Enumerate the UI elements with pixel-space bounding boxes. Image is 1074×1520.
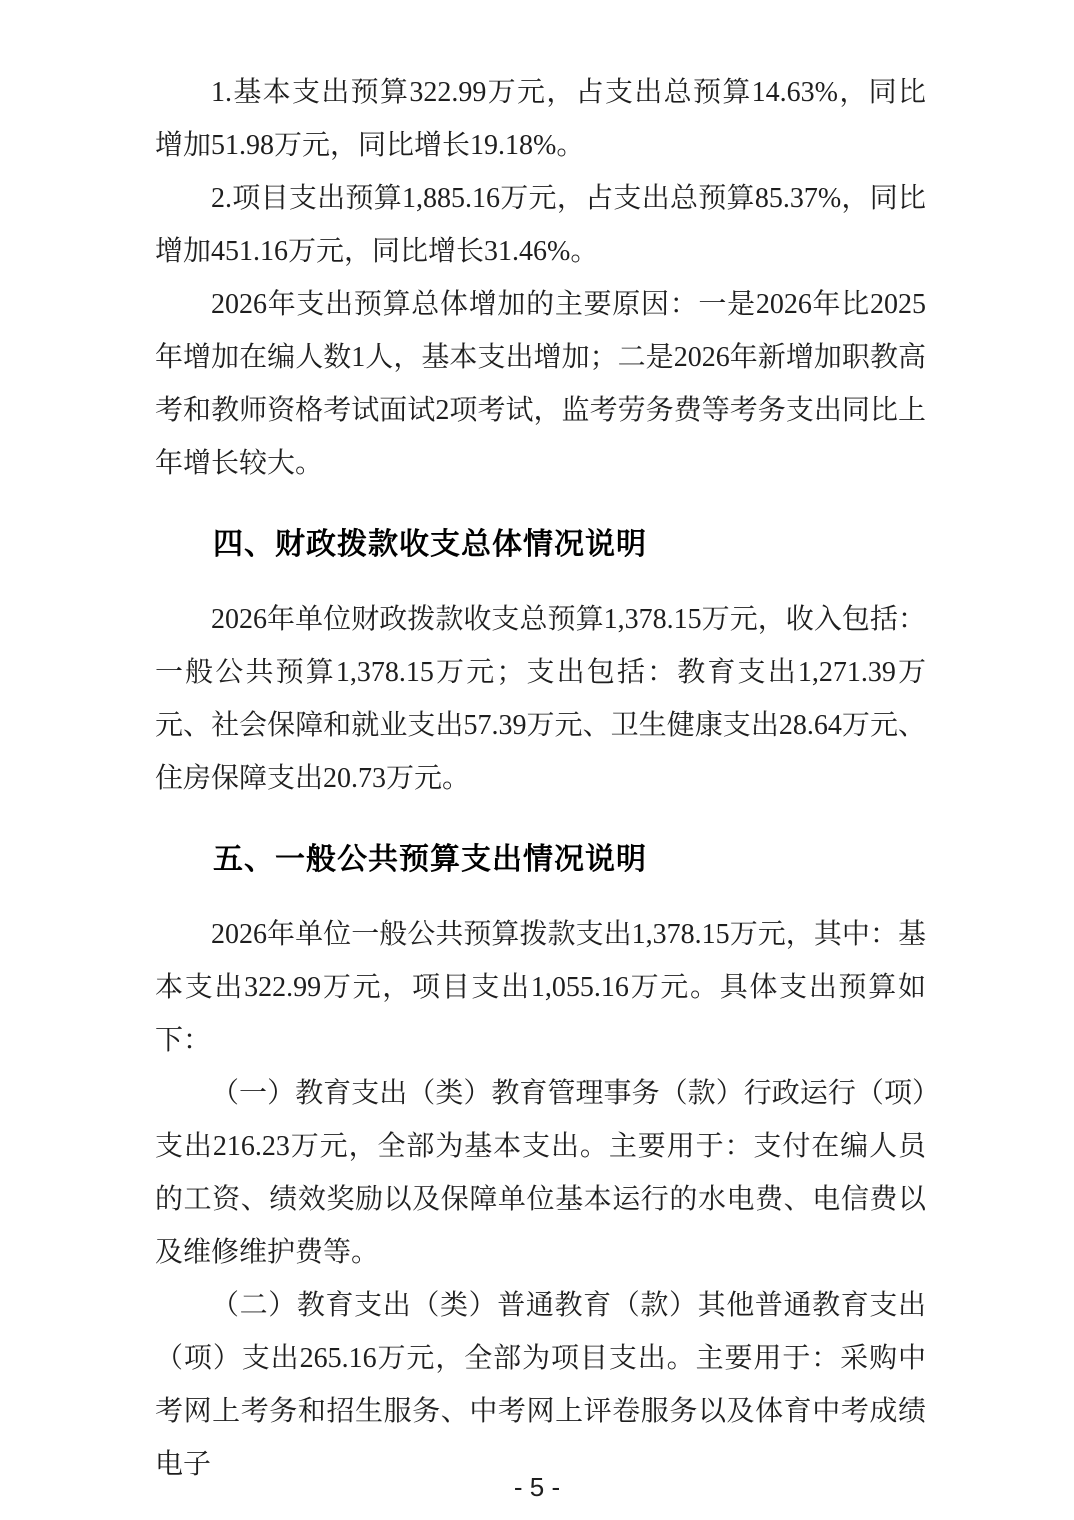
- document-body: 1.基本支出预算322.99万元，占支出总预算14.63%，同比增加51.98万…: [155, 66, 926, 1491]
- paragraph-increase-reasons: 2026年支出预算总体增加的主要原因：一是2026年比2025年增加在编人数1人…: [155, 278, 926, 490]
- paragraph-project-expenditure: 2.项目支出预算1,885.16万元，占支出总预算85.37%，同比增加451.…: [155, 172, 926, 278]
- paragraph-item-2-other-general-education: （二）教育支出（类）普通教育（款）其他普通教育支出（项）支出265.16万元，全…: [155, 1279, 926, 1491]
- section-heading-general-public-budget: 五、一般公共预算支出情况说明: [155, 833, 926, 886]
- paragraph-general-public-budget-overview: 2026年单位一般公共预算拨款支出1,378.15万元，其中：基本支出322.9…: [155, 908, 926, 1067]
- paragraph-fiscal-appropriation-overview: 2026年单位财政拨款收支总预算1,378.15万元，收入包括：一般公共预算1,…: [155, 593, 926, 805]
- document-page: 1.基本支出预算322.99万元，占支出总预算14.63%，同比增加51.98万…: [0, 0, 1074, 1520]
- page-number: - 5 -: [0, 1472, 1074, 1503]
- paragraph-item-1-education-admin: （一）教育支出（类）教育管理事务（款）行政运行（项）支出216.23万元，全部为…: [155, 1067, 926, 1279]
- paragraph-basic-expenditure: 1.基本支出预算322.99万元，占支出总预算14.63%，同比增加51.98万…: [155, 66, 926, 172]
- section-heading-fiscal-appropriation: 四、财政拨款收支总体情况说明: [155, 518, 926, 571]
